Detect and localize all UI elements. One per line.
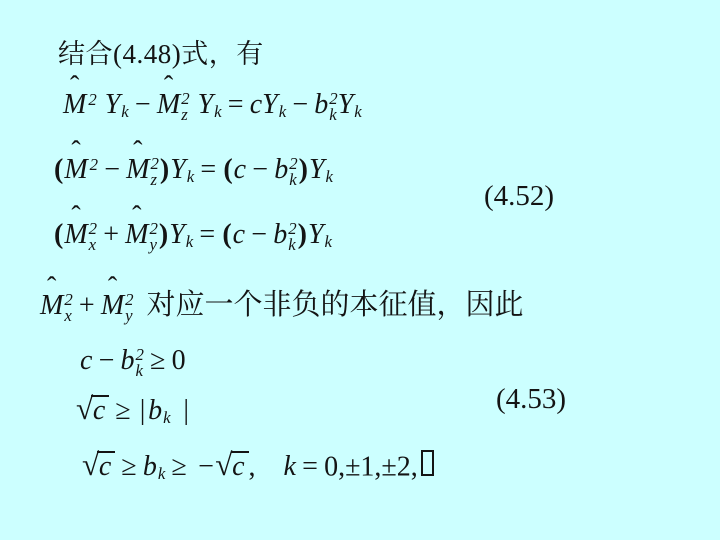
equation-2: (Mˆ2−Mˆ2z)Yk=(c−b2k)Yk bbox=[53, 153, 333, 188]
body-line: Mˆ2x+Mˆ2y 对应一个非负的本征值，因此 bbox=[40, 288, 524, 324]
slide: 结合(4.48)式，有 Mˆ2Yk−Mˆ2zYk=cYk−b2kYk (Mˆ2−… bbox=[0, 0, 720, 540]
inline-math: Mˆ2x+Mˆ2y bbox=[40, 289, 134, 324]
body-text: 对应一个非负的本征值，因此 bbox=[147, 288, 524, 323]
equation-number-452: (4.52) bbox=[484, 180, 554, 213]
equation-6: √c≥bk≥−√c,k=0,±1,±2, bbox=[82, 450, 434, 484]
heading-text: 结合(4.48)式，有 bbox=[58, 32, 264, 71]
equation-5: √c≥|bk| bbox=[76, 394, 192, 428]
equation-1: Mˆ2Yk−Mˆ2zYk=cYk−b2kYk bbox=[63, 88, 362, 123]
equation-3: (Mˆ2x+Mˆ2y)Yk=(c−b2k)Yk bbox=[53, 218, 332, 253]
equation-number-453: (4.53) bbox=[496, 383, 566, 416]
equation-4: c−b2k≥0 bbox=[80, 344, 186, 379]
